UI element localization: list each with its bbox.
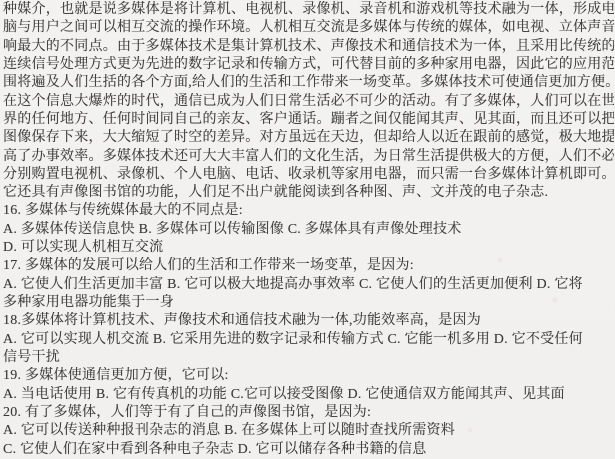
question-16-prompt: 16. 多媒体与传统媒体最大的不同点是: bbox=[3, 202, 614, 220]
question-17-options-line-2: 多种家用电器功能集于一身 bbox=[3, 294, 614, 312]
question-20-options-line-1: A. 它可以传送种种报刊杂志的消息 B. 在多媒体上可以随时查找所需资料 bbox=[3, 422, 614, 440]
question-18-options-line-1: A. 它可以实现人机交流 B. 它采用先进的数字记录和传输方式 C. 它能一机多… bbox=[3, 331, 614, 349]
passage-line-6: 在这个信息大爆炸的时代，通信已成为人们日常生活必不可少的活动。有了多媒体，人们可… bbox=[3, 93, 614, 111]
question-17-options-line-1: A. 它使人们生活更加丰富 B. 它可以极大地提高办事效率 C. 它使人们的生活… bbox=[3, 276, 614, 294]
question-20-options-line-2: C. 它使人们在家中看到各种电子杂志 D. 它可以储存各种书籍的信息 bbox=[3, 441, 614, 459]
passage-line-5: 围将遍及人们生括的各个方面,给人们的生活和工作带来一场变革。多媒体技术可使通信更… bbox=[3, 74, 614, 92]
scanned-document-page: 种媒介，也就是说多媒体是将计算机、电视机、录像机、录音机和游戏机等技术融为一体，… bbox=[0, 0, 615, 459]
question-16-options-line-1: A. 多媒体传送信息快 B. 多媒体可以传输图像 C. 多媒体具有声像处理技术 bbox=[3, 221, 614, 239]
question-18-options-line-2: 信号干扰 bbox=[3, 349, 614, 367]
question-17-prompt: 17. 多媒体的发展可以给人们的生活和工作带来一场变革，是因为: bbox=[3, 257, 614, 275]
question-16-options-line-2: D. 可以实现人机相互交流 bbox=[3, 239, 614, 257]
passage-line-8: 图像保存下来，大大缩短了时空的差异。对方虽远在天边，但却给人以近在跟前的感觉，极… bbox=[3, 129, 614, 147]
question-20-prompt: 20. 有了多媒体，人们等于有了自己的声像图书馆，是因为: bbox=[3, 404, 614, 422]
question-19-prompt: 19. 多媒体使通信更加方便，它可以: bbox=[3, 367, 614, 385]
passage-line-11: 它还具有声像图书馆的功能，人们足不出户就能阅读到各种图、声、文并茂的电子杂志. bbox=[3, 184, 614, 202]
passage-line-1: 种媒介，也就是说多媒体是将计算机、电视机、录像机、录音机和游戏机等技术融为一体，… bbox=[3, 1, 614, 19]
passage-line-7: 界的任何地方、任何时间同自己的亲友、客户通话。蹦者之间仅能闻其声、见其面，而且还… bbox=[3, 111, 614, 129]
passage-line-10: 分别购置电视机、录像机、个人电脑、电话、收录机等家用电器，而只需一台多媒体计算机… bbox=[3, 166, 614, 184]
passage-line-4: 连续信号处理方式更为先进的数字记录和传输方式，可代替目前的多种家用电器，因此它的… bbox=[3, 56, 614, 74]
question-19-options-line-1: A. 当电话使用 B. 它有传真机的功能 C.它可以接受图像 D. 它使通信双方… bbox=[3, 386, 614, 404]
passage-line-2: 脑与用户之间可以相互交流的操作环境。人机相互交流是多媒体与传统的媒体，如电视、立… bbox=[3, 19, 614, 37]
question-18-prompt: 18.多媒体将计算机技术、声像技术和通信技术融为一体,功能效率高，是因为 bbox=[3, 312, 614, 330]
passage-line-3: 响最大的不同点。由于多媒体技术是集计算机技术、声像技术和通信技术为一体，且采用比… bbox=[3, 38, 614, 56]
passage-line-9: 高了办事效率。多媒体技术还可大大丰富人们的文化生活，为日常生活提供极大的方便，人… bbox=[3, 148, 614, 166]
